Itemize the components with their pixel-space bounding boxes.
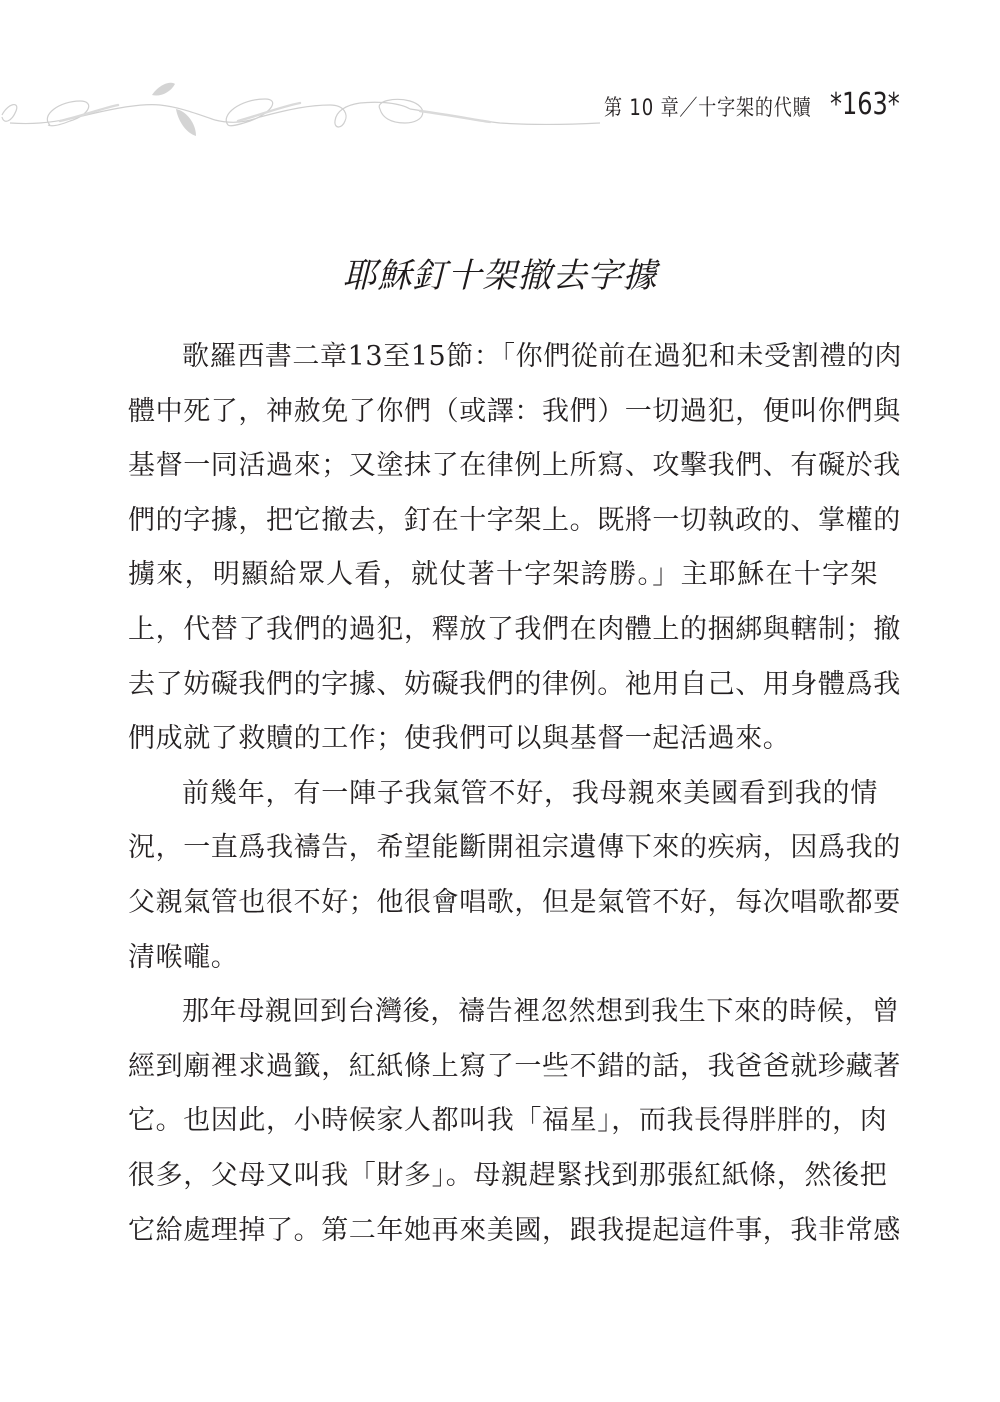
text-line: 父親氣管也很不好；他很會唱歌，但是氣管不好，每次唱歌都要 bbox=[128, 876, 878, 931]
page-number: *163* bbox=[830, 87, 900, 122]
running-header: 第 10 章／十字架的代贖 *163* bbox=[0, 75, 1000, 145]
section-title: 耶穌釘十架撤去字據 bbox=[0, 248, 1000, 297]
vine-flourish-icon bbox=[0, 75, 620, 145]
paragraph-3: 那年母親回到台灣後，禱告裡忽然想到我生下來的時候，曾 經到廟裡求過籤，紅紙條上寫… bbox=[128, 985, 878, 1258]
text-line: 擄來，明顯給眾人看，就仗著十字架誇勝。」主耶穌在十字架 bbox=[128, 548, 878, 603]
text-line: 前幾年，有一陣子我氣管不好，我母親來美國看到我的情 bbox=[128, 767, 878, 822]
chapter-label: 第 10 章／十字架的代贖 bbox=[604, 91, 811, 122]
text-line: 上，代替了我們的過犯，釋放了我們在肉體上的捆綁與轄制；撤 bbox=[128, 603, 878, 658]
text-line: 清喉嚨。 bbox=[128, 931, 878, 986]
text-line: 基督一同活過來；又塗抹了在律例上所寫、攻擊我們、有礙於我 bbox=[128, 439, 878, 494]
text-line: 們成就了救贖的工作；使我們可以與基督一起活過來。 bbox=[128, 712, 878, 767]
text-line: 歌羅西書二章13至15節：「你們從前在過犯和未受割禮的肉 bbox=[128, 330, 878, 385]
text-line: 它給處理掉了。第二年她再來美國，跟我提起這件事，我非常感 bbox=[128, 1204, 878, 1259]
text-line: 況，一直爲我禱告，希望能斷開祖宗遺傳下來的疾病，因爲我的 bbox=[128, 821, 878, 876]
text-line: 們的字據，把它撤去，釘在十字架上。既將一切執政的、掌權的 bbox=[128, 494, 878, 549]
text-line: 經到廟裡求過籤，紅紙條上寫了一些不錯的話，我爸爸就珍藏著 bbox=[128, 1040, 878, 1095]
text-line: 它。也因此，小時候家人都叫我「福星」，而我長得胖胖的，肉 bbox=[128, 1094, 878, 1149]
paragraph-2: 前幾年，有一陣子我氣管不好，我母親來美國看到我的情 況，一直爲我禱告，希望能斷開… bbox=[128, 767, 878, 985]
text-line: 體中死了，神赦免了你們（或譯：我們）一切過犯，便叫你們與 bbox=[128, 385, 878, 440]
body-text: 歌羅西書二章13至15節：「你們從前在過犯和未受割禮的肉 體中死了，神赦免了你們… bbox=[128, 330, 878, 1258]
paragraph-1: 歌羅西書二章13至15節：「你們從前在過犯和未受割禮的肉 體中死了，神赦免了你們… bbox=[128, 330, 878, 767]
text-line: 那年母親回到台灣後，禱告裡忽然想到我生下來的時候，曾 bbox=[128, 985, 878, 1040]
running-head: 第 10 章／十字架的代贖 *163* bbox=[604, 91, 857, 127]
text-line: 很多，父母又叫我「財多」。母親趕緊找到那張紅紙條，然後把 bbox=[128, 1149, 878, 1204]
text-line: 去了妨礙我們的字據、妨礙我們的律例。祂用自己、用身體爲我 bbox=[128, 658, 878, 713]
